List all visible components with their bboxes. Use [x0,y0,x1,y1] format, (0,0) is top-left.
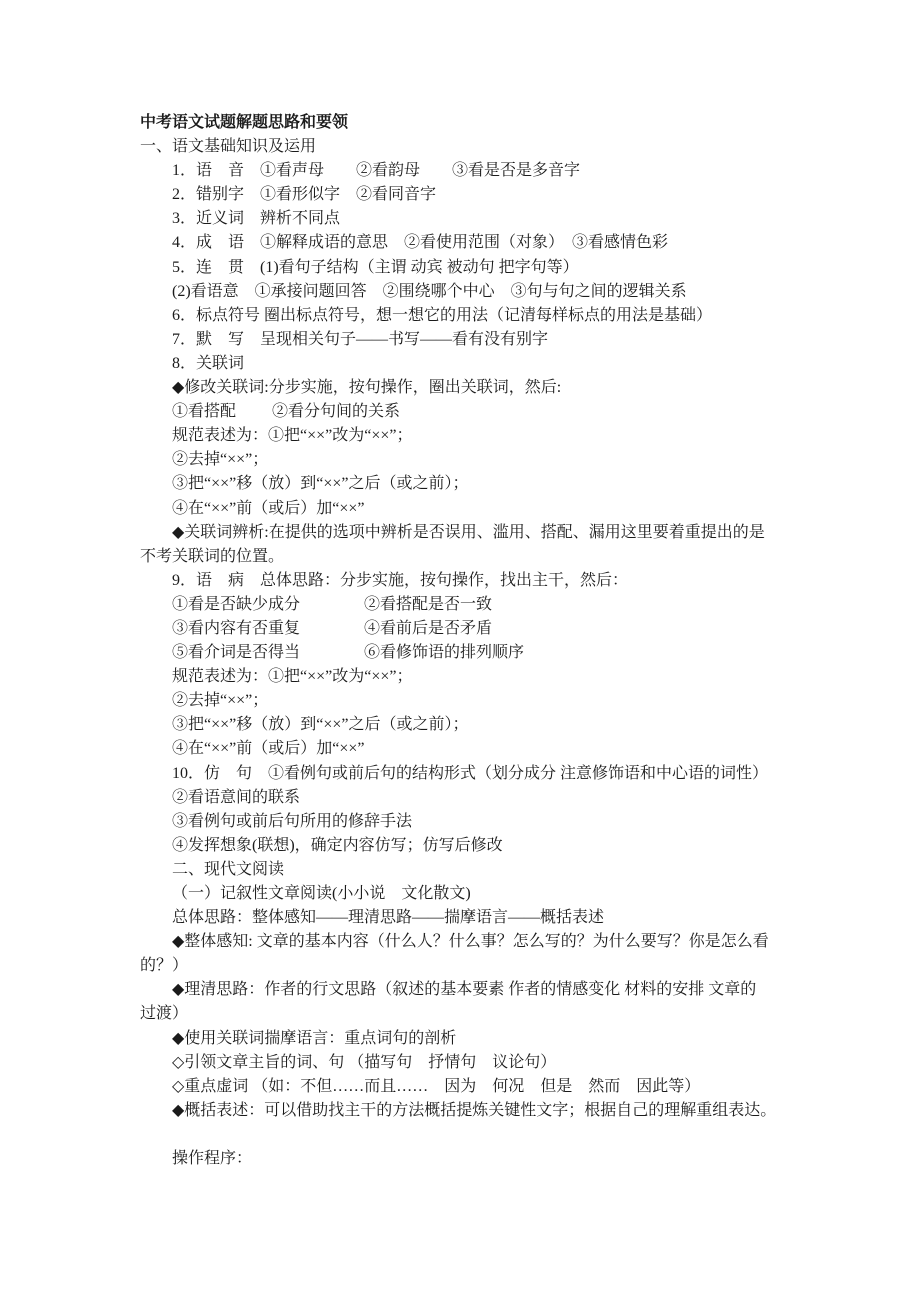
doc-line-bullet: ◆整体感知: 文章的基本内容（什么人？什么事？怎么写的？为什么要写？你是怎么看 [140,930,830,954]
doc-line-item-10: 10．仿 句 ①看例句或前后句的结构形式（划分成分 注意修饰语和中心语的词性） [140,762,830,786]
doc-line-continuation: 过渡） [140,1002,830,1026]
doc-line-item-6: 6．标点符号 圈出标点符号，想一想它的用法（记清每样标点的用法是基础） [140,304,830,328]
doc-line-item-4: 4．成 语 ①解释成语的意思 ②看使用范围（对象） ③看感情色彩 [140,231,830,255]
doc-line: ②去掉“××”； [140,448,830,472]
doc-line-footer: 操作程序： [140,1147,830,1171]
doc-line-bullet: ◇重点虚词 （如：不但……而且…… 因为 何况 但是 然而 因此等） [140,1075,830,1099]
doc-line-bullet: ◆使用关联词揣摩语言：重点词句的剖析 [140,1027,830,1051]
doc-line: 规范表述为：①把“××”改为“××”； [140,665,830,689]
doc-line: ②去掉“××”； [140,689,830,713]
doc-line: ③看例句或前后句所用的修辞手法 [140,810,830,834]
document-title: 中考语文试题解题思路和要领 [140,111,830,135]
doc-line: ③把“××”移（放）到“××”之后（或之前）； [140,472,830,496]
doc-line: ①看是否缺少成分 ②看搭配是否一致 [140,593,830,617]
doc-line-bullet: ◆概括表述：可以借助找主干的方法概括提炼关键性文字；根据自己的理解重组表达。 [140,1099,830,1123]
subsection-heading: （一）记叙性文章阅读(小小说 文化散文) [140,882,830,906]
doc-line-item-5: 5．连 贯 (1)看句子结构（主谓 动宾 被动句 把字句等） [140,256,830,280]
doc-line-continuation: 的？） [140,954,830,978]
doc-line-item-9: 9．语 病 总体思路：分步实施，按句操作，找出主干，然后： [140,569,830,593]
doc-line-bullet: ◆理清思路：作者的行文思路（叙述的基本要素 作者的情感变化 材料的安排 文章的 [140,978,830,1002]
doc-line-bullet: ◆修改关联词:分步实施，按句操作，圈出关联词，然后: [140,376,830,400]
doc-line-item-3: 3．近义词 辨析不同点 [140,207,830,231]
doc-line-bullet: ◆关联词辨析:在提供的选项中辨析是否误用、滥用、搭配、漏用这里要着重提出的是 [140,521,830,545]
doc-line: ⑤看介词是否得当 ⑥看修饰语的排列顺序 [140,641,830,665]
section-heading-2: 二、现代文阅读 [140,858,830,882]
doc-line: ③把“××”移（放）到“××”之后（或之前）； [140,713,830,737]
blank-line [140,1123,830,1147]
doc-line: ②看语意间的联系 [140,786,830,810]
doc-line: ①看搭配 ②看分句间的关系 [140,400,830,424]
doc-line: 总体思路：整体感知——理清思路——揣摩语言——概括表述 [140,906,830,930]
doc-line-bullet: ◇引领文章主旨的词、句 （描写句 抒情句 议论句） [140,1051,830,1075]
doc-line-item-2: 2．错别字 ①看形似字 ②看同音字 [140,183,830,207]
doc-line-item-5b: (2)看语意 ①承接问题回答 ②围绕哪个中心 ③句与句之间的逻辑关系 [140,280,830,304]
doc-line-item-1: 1．语 音 ①看声母 ②看韵母 ③看是否是多音字 [140,159,830,183]
section-heading-1: 一、语文基础知识及运用 [140,135,830,159]
doc-line: ④发挥想象(联想)，确定内容仿写；仿写后修改 [140,834,830,858]
doc-line: 规范表述为：①把“××”改为“××”； [140,424,830,448]
doc-line: ④在“××”前（或后）加“××” [140,737,830,761]
document-page: 中考语文试题解题思路和要领 一、语文基础知识及运用 1．语 音 ①看声母 ②看韵… [140,111,830,1171]
doc-line-continuation: 不考关联词的位置。 [140,545,830,569]
doc-line-item-8: 8．关联词 [140,352,830,376]
doc-line: ④在“××”前（或后）加“××” [140,497,830,521]
doc-line-item-7: 7．默 写 呈现相关句子——书写——看有没有别字 [140,328,830,352]
doc-line: ③看内容有否重复 ④看前后是否矛盾 [140,617,830,641]
